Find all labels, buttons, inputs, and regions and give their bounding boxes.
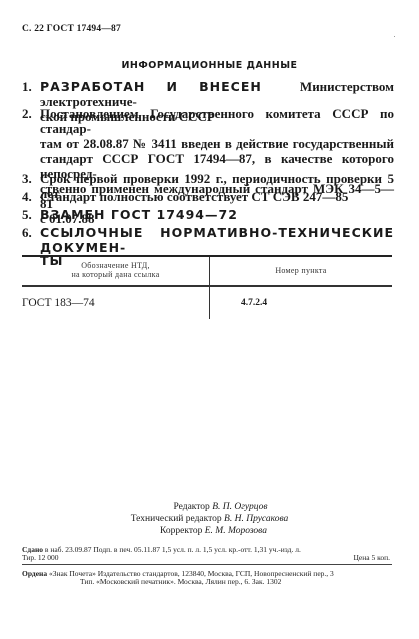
table-header-rule bbox=[22, 285, 392, 287]
imprint-rule bbox=[22, 564, 392, 565]
publisher-line-2: Тип. «Московский печатник». Москва, Ляли… bbox=[80, 578, 281, 586]
publisher-label: Ордена bbox=[22, 569, 47, 578]
info-item-4: 4. Стандарт полностью соответствует СТ С… bbox=[22, 189, 394, 204]
table-cell-doc: ГОСТ 183—74 bbox=[22, 297, 95, 309]
section-title: ИНФОРМАЦИОННЫЕ ДАННЫЕ bbox=[0, 60, 419, 71]
imprint-text: в наб. 23.09.87 Подп. в печ. 05.11.87 1,… bbox=[45, 545, 301, 554]
credit-tech-editor: Технический редактор В. Н. Прусакова bbox=[0, 513, 419, 525]
credit-name: В. П. Огурцов bbox=[212, 502, 267, 512]
table-header-doc: Обозначение НТД, на который дана ссылка bbox=[22, 261, 209, 279]
page-header: С. 22 ГОСТ 17494—87 bbox=[22, 24, 121, 34]
item-number: 2. bbox=[22, 106, 32, 121]
item-number: 6. bbox=[22, 225, 32, 240]
table-header-doc-line2: на который дана ссылка bbox=[22, 270, 209, 279]
item-number: 1. bbox=[22, 79, 32, 94]
item-number: 4. bbox=[22, 189, 32, 204]
item-line: Постановлением Государственного комитета… bbox=[40, 106, 394, 136]
table-cell-clause: 4.7.2.4 bbox=[241, 298, 267, 308]
item-number: 3. bbox=[22, 171, 32, 186]
scan-speck bbox=[394, 36, 395, 37]
editorial-credits: Редактор В. П. Огурцов Технический редак… bbox=[0, 501, 419, 537]
item-caps: РАЗРАБОТАН И ВНЕСЕН bbox=[40, 79, 262, 94]
imprint-line-1: Сдано в наб. 23.09.87 Подп. в печ. 05.11… bbox=[22, 546, 301, 554]
item-line: Стандарт полностью соответствует СТ СЭВ … bbox=[40, 189, 394, 204]
table-top-rule bbox=[22, 255, 392, 257]
imprint-circulation: Тир. 12 000 bbox=[22, 554, 59, 562]
item-caps: ССЫЛОЧНЫЕ НОРМАТИВНО-ТЕХНИЧЕСКИЕ ДОКУМЕН… bbox=[40, 225, 394, 255]
info-item-5: 5. ВЗАМЕН ГОСТ 17494—72 bbox=[22, 207, 394, 222]
table-column-divider bbox=[209, 257, 210, 319]
item-line: РАЗРАБОТАН И ВНЕСЕН Министерством электр… bbox=[40, 79, 394, 109]
imprint-price: Цена 5 коп. bbox=[290, 554, 390, 562]
item-caps: ВЗАМЕН ГОСТ 17494—72 bbox=[40, 207, 394, 222]
credit-corrector: Корректор Е. М. Морозова bbox=[0, 525, 419, 537]
credit-name: В. Н. Прусакова bbox=[224, 514, 288, 524]
item-line: там от 28.08.87 № 3411 введен в действие… bbox=[40, 136, 394, 151]
item-number: 5. bbox=[22, 207, 32, 222]
credit-role: Редактор bbox=[173, 502, 209, 512]
credit-role: Корректор bbox=[160, 526, 202, 536]
table-header-doc-line1: Обозначение НТД, bbox=[22, 261, 209, 270]
credit-name: Е. М. Морозова bbox=[205, 526, 267, 536]
credit-role: Технический редактор bbox=[131, 514, 222, 524]
table-header-clause: Номер пункта bbox=[210, 266, 392, 275]
credit-editor: Редактор В. П. Огурцов bbox=[0, 501, 419, 513]
